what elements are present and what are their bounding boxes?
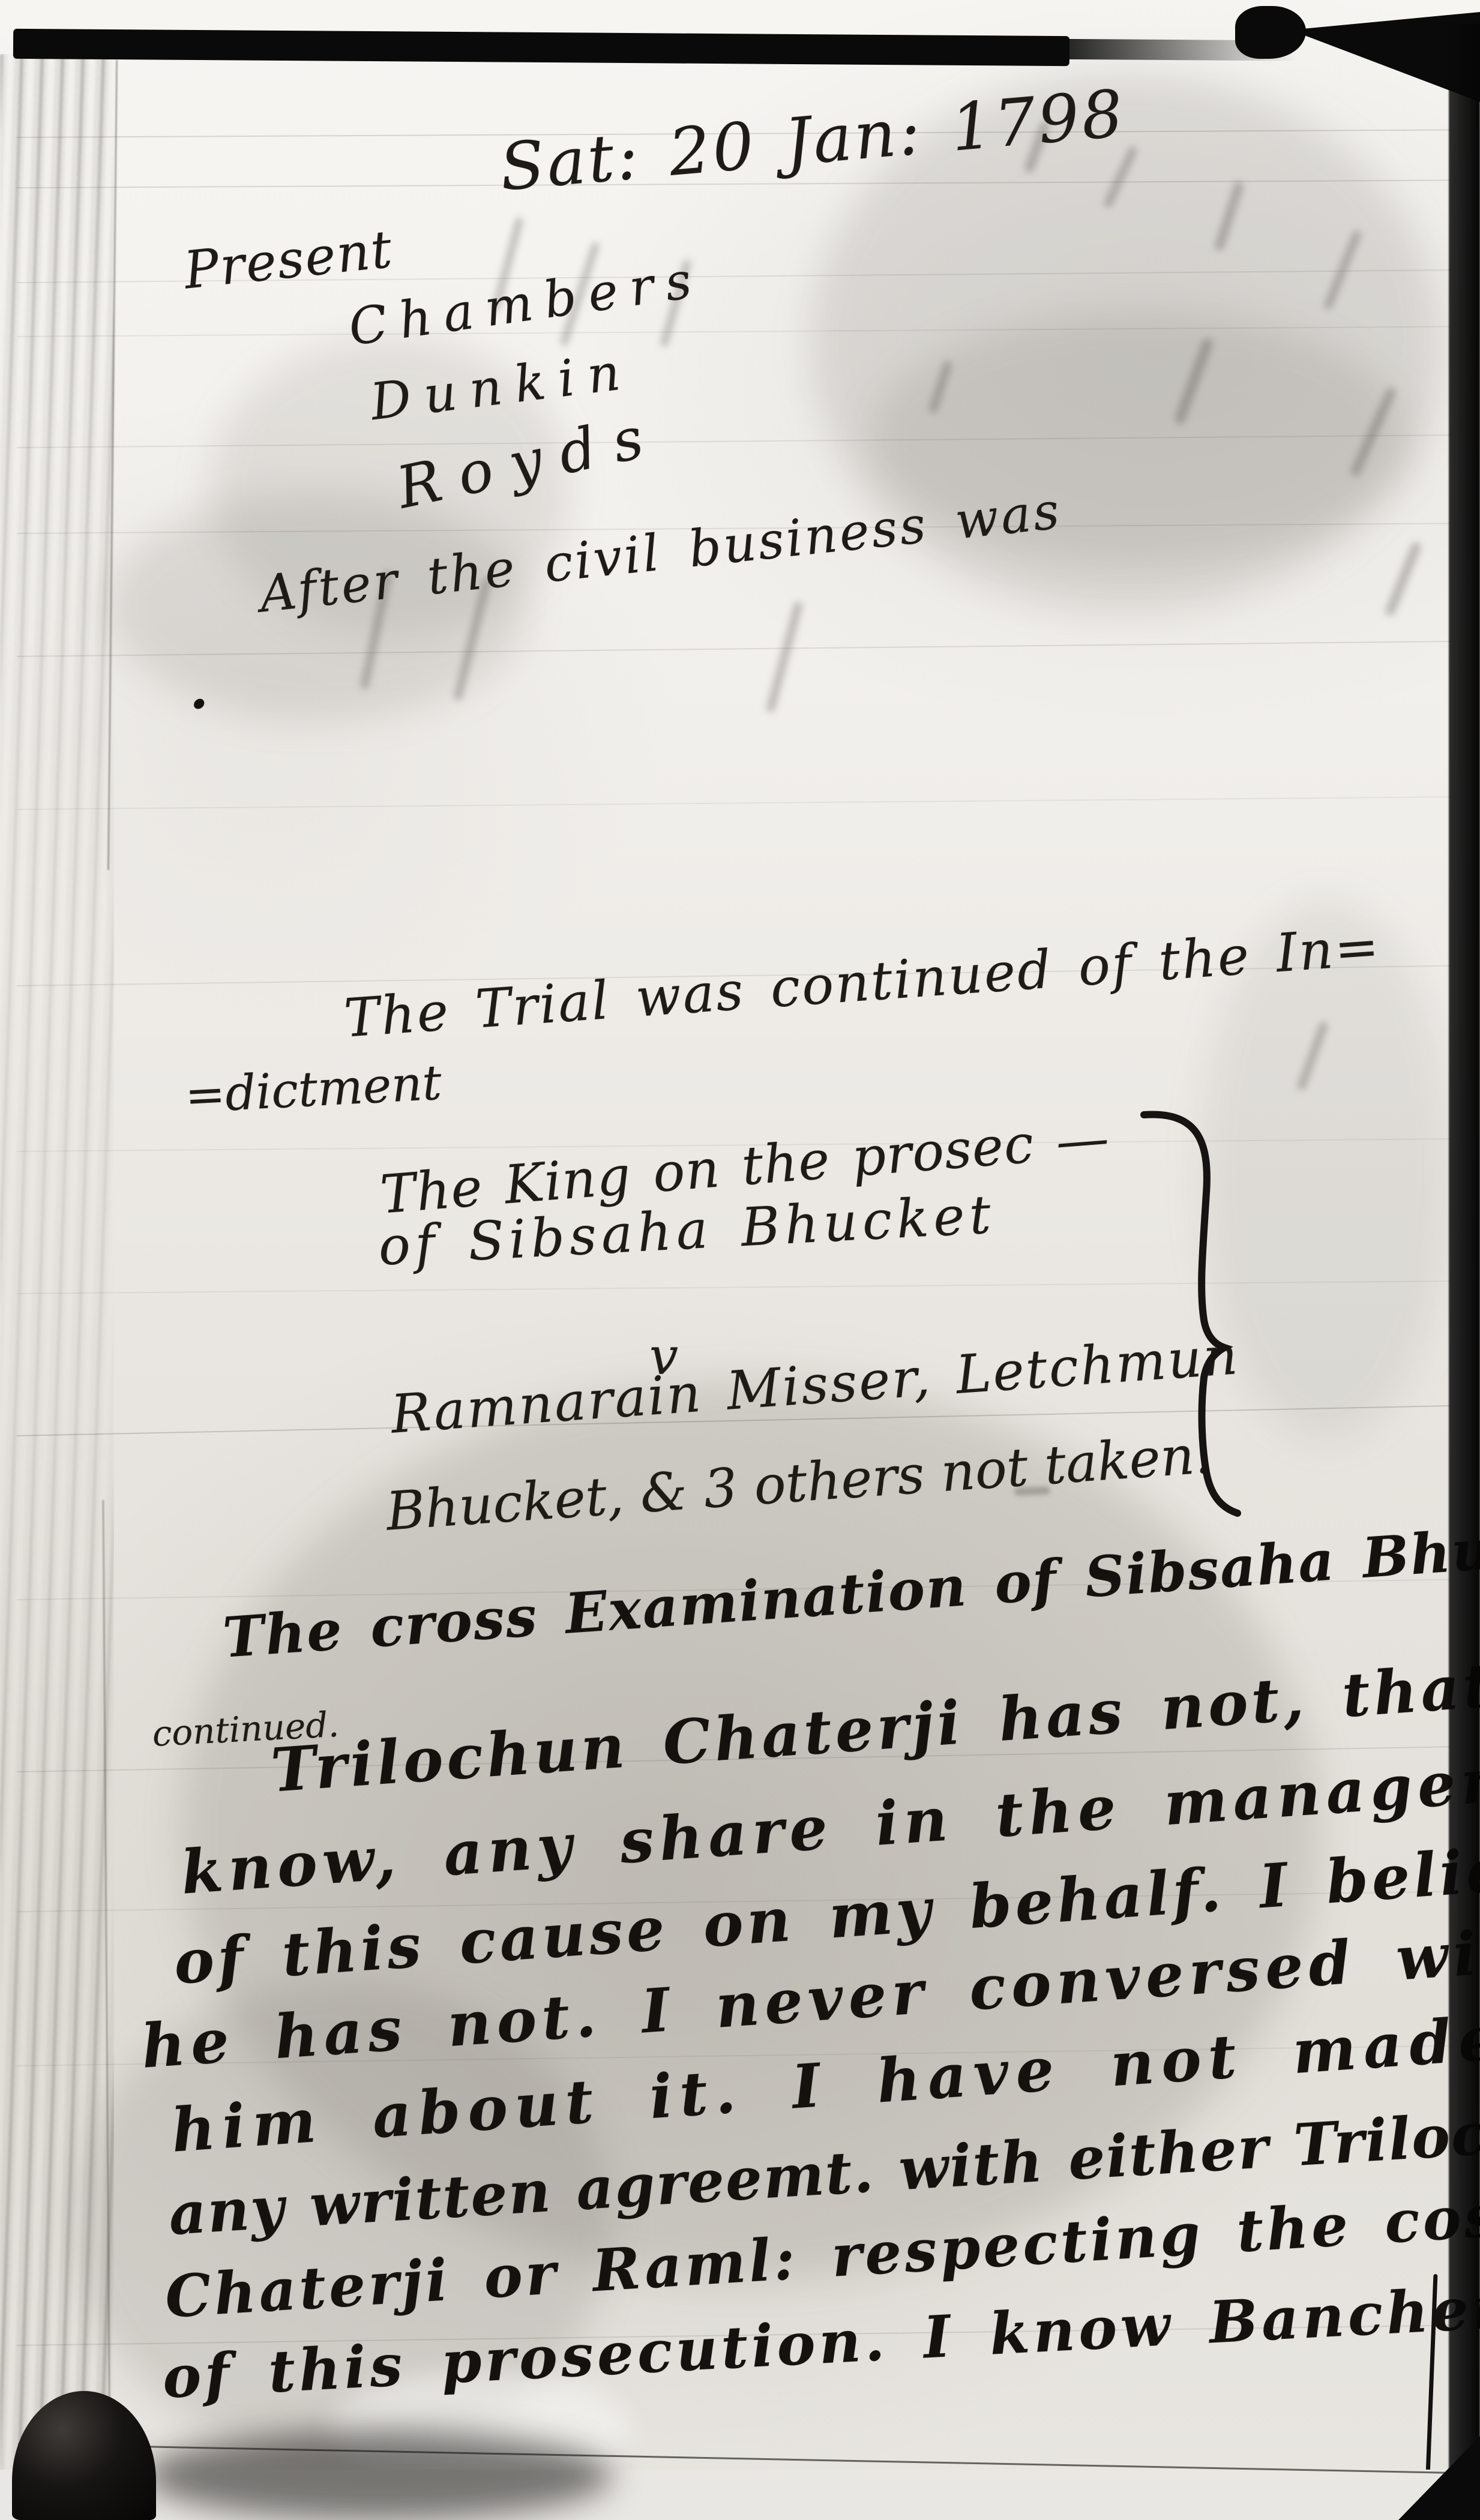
line-stray-dot: . <box>190 658 208 721</box>
manuscript-scan: Sat: 20 Jan: 1798PresentChambersDunkinRo… <box>0 0 1480 2520</box>
thumb-shadow <box>144 2431 612 2520</box>
case-brace <box>1139 1109 1241 1517</box>
line-present: Present <box>181 220 396 301</box>
ruled-line <box>17 796 1451 810</box>
ghost-mark <box>1384 541 1422 617</box>
line-trial-2: =dictment <box>184 1055 443 1124</box>
scan-top-bar <box>13 29 1069 66</box>
ghost-mark <box>766 601 804 713</box>
line-chambers: Chambers <box>345 249 707 357</box>
binding-gutter <box>0 54 114 2520</box>
scan-right-band <box>1449 24 1480 2520</box>
